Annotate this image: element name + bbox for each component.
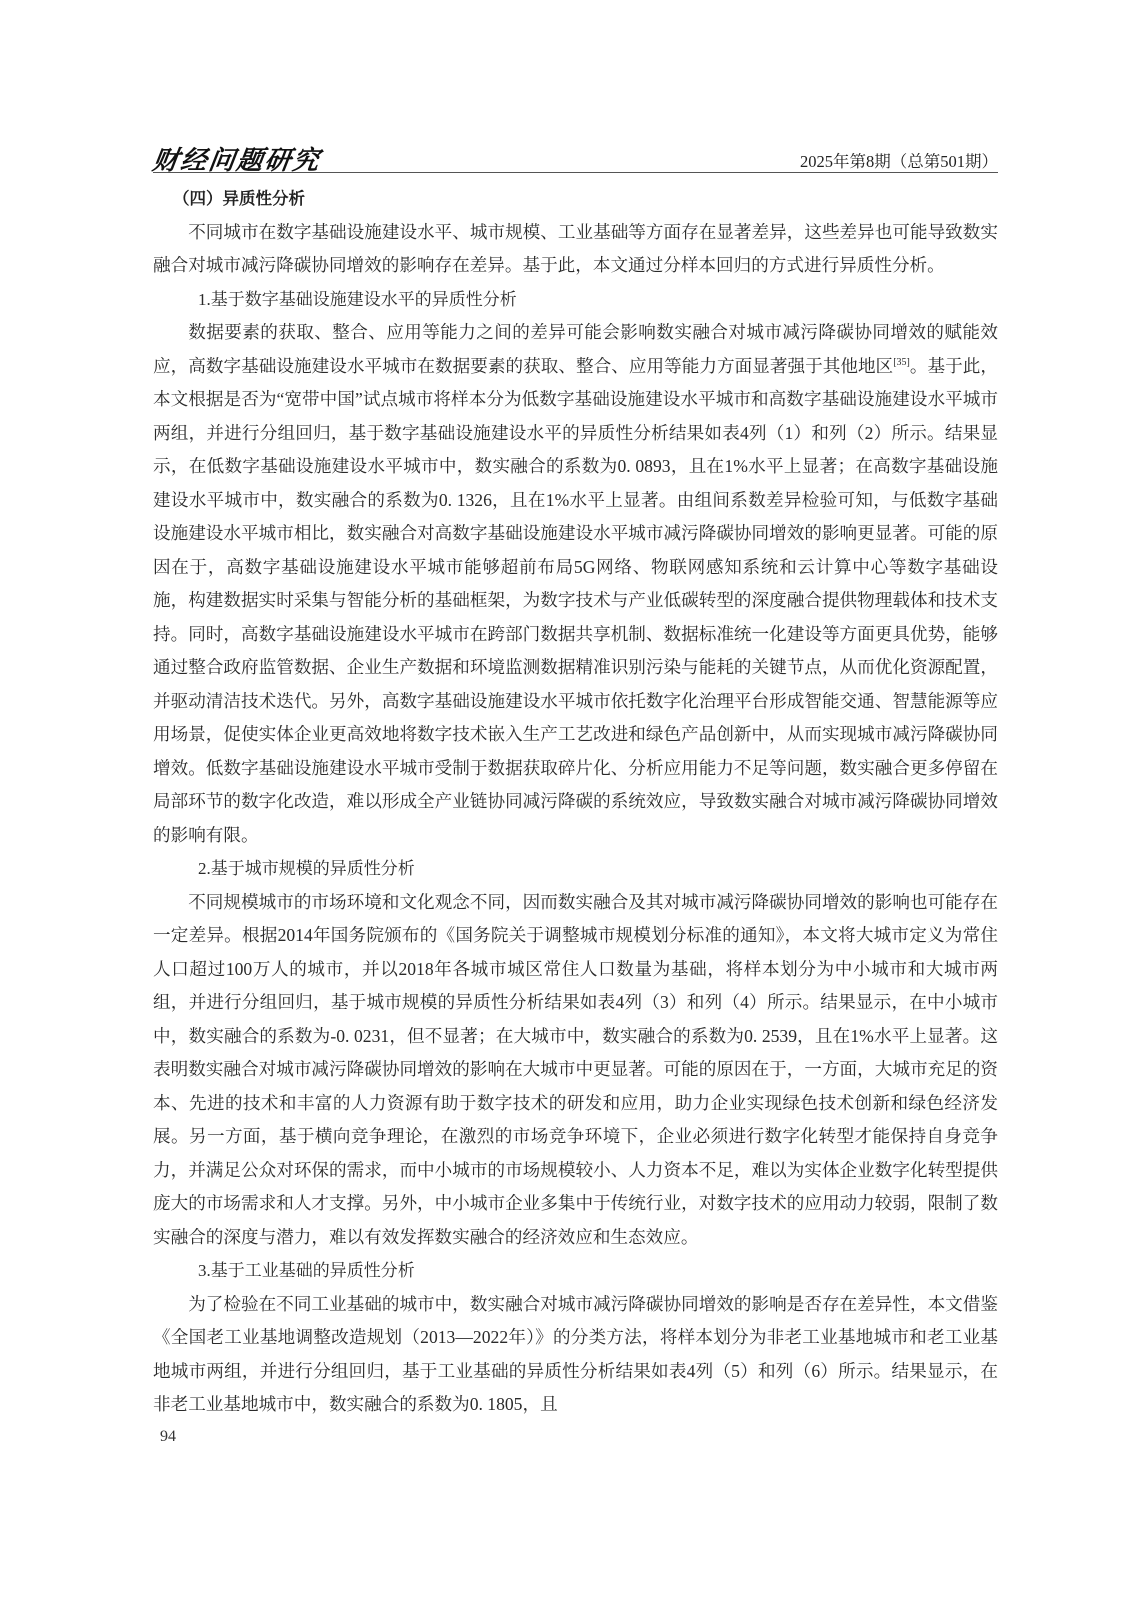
page-number: 94 (160, 1428, 176, 1446)
subsection-paragraph-1: 数据要素的获取、整合、应用等能力之间的差异可能会影响数实融合对城市减污降碳协同增… (153, 316, 998, 852)
subsection-paragraph-3: 为了检验在不同工业基础的城市中，数实融合对城市减污降碳协同增效的影响是否存在差异… (153, 1288, 998, 1422)
section-heading: （四）异质性分析 (153, 182, 998, 216)
article-body: （四）异质性分析 不同城市在数字基础设施建设水平、城市规模、工业基础等方面存在显… (153, 182, 998, 1422)
section-intro-paragraph: 不同城市在数字基础设施建设水平、城市规模、工业基础等方面存在显著差异，这些差异也… (153, 216, 998, 283)
paragraph-text: 数据要素的获取、整合、应用等能力之间的差异可能会影响数实融合对城市减污降碳协同增… (153, 322, 998, 376)
journal-logo: 财经问题研究 (150, 140, 323, 177)
page-header: 财经问题研究 2025年第8期（总第501期） (153, 140, 998, 173)
subsection-paragraph-2: 不同规模城市的市场环境和文化观念不同，因而数实融合及其对城市减污降碳协同增效的影… (153, 886, 998, 1255)
issue-info: 2025年第8期（总第501期） (800, 148, 998, 172)
citation-ref: [35] (893, 357, 910, 368)
subsection-heading-3: 3.基于工业基础的异质性分析 (153, 1254, 998, 1288)
paragraph-text: 。基于此，本文根据是否为“宽带中国”试点城市将样本分为低数字基础设施建设水平城市… (153, 356, 998, 845)
subsection-heading-2: 2.基于城市规模的异质性分析 (153, 852, 998, 886)
subsection-heading-1: 1.基于数字基础设施建设水平的异质性分析 (153, 283, 998, 317)
